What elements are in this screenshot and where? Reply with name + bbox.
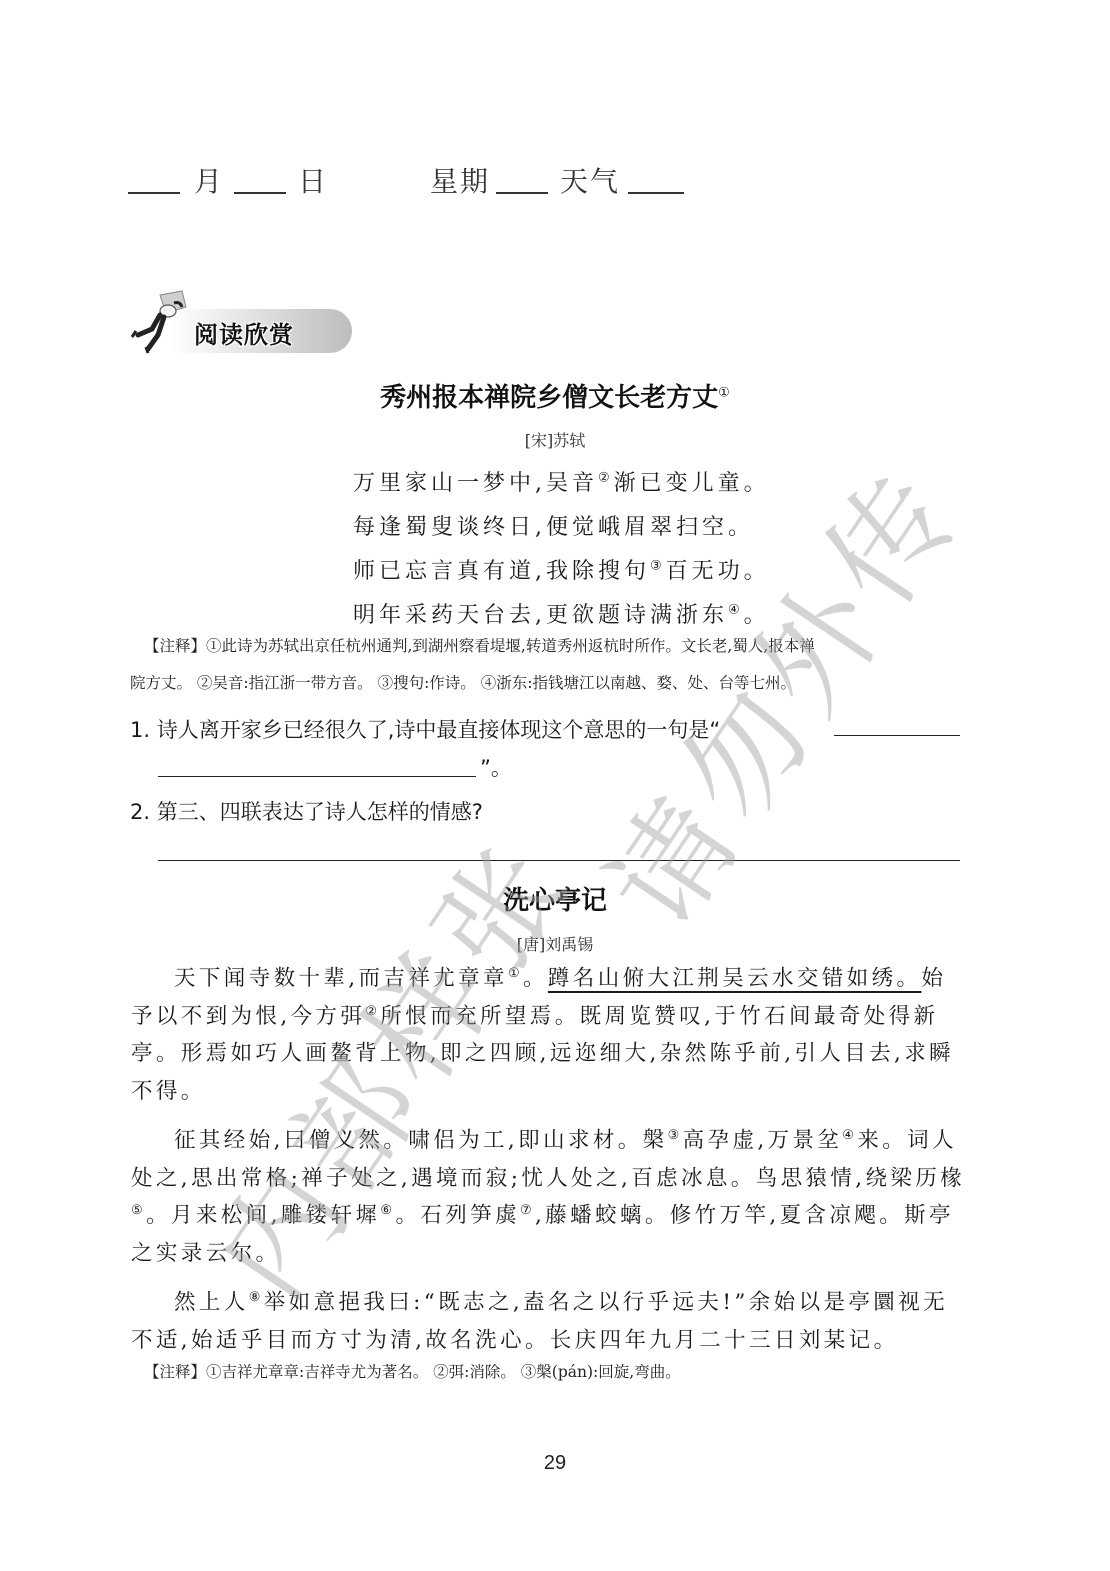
- footnote-marker: ③: [650, 559, 666, 574]
- line-text: 万里家山一梦中,吴音: [353, 471, 598, 496]
- footnote-marker: ⑥: [380, 1203, 395, 1218]
- text: 天下闻寺数十辈,而吉祥尤章章: [174, 966, 508, 991]
- essay-title: 洗心亭记: [0, 880, 1110, 917]
- question-1-close: ”。: [480, 752, 512, 782]
- footnote-marker: ⑦: [520, 1203, 535, 1218]
- weather-blank[interactable]: [628, 192, 684, 194]
- answer-blank-1b[interactable]: [158, 776, 476, 777]
- poem-line: 万里家山一梦中,吴音②渐已变儿童。: [353, 462, 770, 506]
- poem-title-text: 秀州报本禅院乡僧文长老方丈: [380, 383, 718, 413]
- poem-title: 秀州报本禅院乡僧文长老方丈①: [0, 377, 1110, 414]
- footnote-marker: ④: [728, 603, 744, 618]
- date-header: 月 日 星期 天气: [128, 160, 688, 200]
- underlined-sentence: 蹲名山俯大江荆吴云水交错如绣。: [548, 966, 922, 991]
- day-label: 日: [298, 160, 328, 200]
- question-2: 2. 第三、四联表达了诗人怎样的情感?: [130, 796, 483, 826]
- banner-label: 阅读欣赏: [194, 315, 294, 350]
- line-text: 师已忘言真有道,我除搜句: [353, 559, 650, 584]
- text: 高孕虚,万景坌: [683, 1128, 843, 1153]
- line-text: 渐已变儿童。: [614, 471, 770, 496]
- essay-author: [唐]刘禹锡: [0, 932, 1110, 955]
- answer-blank-1a[interactable]: [834, 735, 960, 736]
- footnote-marker: ④: [842, 1128, 857, 1143]
- footnote-marker: ⑧: [249, 1290, 264, 1305]
- text: 征其经始,曰僧义然。啸侣为工,即山求材。槃: [174, 1128, 668, 1153]
- text: 然上人: [174, 1290, 249, 1315]
- month-label: 月: [194, 160, 224, 200]
- line-text: 明年采药天台去,更欲题诗满浙东: [353, 603, 728, 628]
- footnote-marker: ①: [718, 385, 730, 400]
- page-number: 29: [0, 1452, 1110, 1475]
- footnote-marker: ⑤: [131, 1203, 146, 1218]
- text: 。石列笋虡: [395, 1203, 520, 1228]
- poem-line: 每逢蜀叟谈终日,便觉峨眉翠扫空。: [353, 506, 770, 550]
- line-text: 每逢蜀叟谈终日,便觉峨眉翠扫空。: [353, 515, 754, 540]
- footnote-marker: ②: [365, 1003, 380, 1018]
- weekday-blank[interactable]: [496, 192, 548, 194]
- essay-body: 天下闻寺数十辈,而吉祥尤章章①。蹲名山俯大江荆吴云水交错如绣。始予以不到为恨,今…: [131, 960, 971, 1371]
- text: 。月来松间,雕镂轩墀: [146, 1203, 380, 1228]
- essay-notes: 【注释】①吉祥尤章章:吉祥寺尤为著名。 ②弭:消除。 ③槃(pán):回旋,弯曲…: [144, 1354, 681, 1391]
- question-1: 1. 诗人离开家乡已经很久了,诗中最直接体现这个意思的一句是“: [130, 714, 720, 744]
- month-blank[interactable]: [128, 192, 180, 194]
- poem-author: [宋]苏轼: [0, 428, 1110, 451]
- poem-body: 万里家山一梦中,吴音②渐已变儿童。 每逢蜀叟谈终日,便觉峨眉翠扫空。 师已忘言真…: [353, 462, 770, 638]
- reading-figure-icon: [130, 289, 200, 359]
- text: 。: [523, 966, 548, 991]
- footnote-marker: ③: [668, 1128, 683, 1143]
- line-text: 百无功。: [666, 559, 770, 584]
- poem-line: 师已忘言真有道,我除搜句③百无功。: [353, 550, 770, 594]
- footnote-marker: ②: [598, 471, 614, 486]
- essay-paragraph: 天下闻寺数十辈,而吉祥尤章章①。蹲名山俯大江荆吴云水交错如绣。始予以不到为恨,今…: [131, 960, 971, 1110]
- poem-notes-line-2: 院方丈。 ②吴音:指江浙一带方音。 ③搜句:作诗。 ④浙东:指钱塘江以南越、婺、…: [130, 665, 796, 702]
- footnote-marker: ①: [508, 966, 523, 981]
- day-blank[interactable]: [234, 192, 286, 194]
- line-text: 。: [744, 603, 770, 628]
- essay-paragraph: 征其经始,曰僧义然。啸侣为工,即山求材。槃③高孕虚,万景坌④来。词人处之,思出常…: [131, 1122, 971, 1272]
- answer-line-2[interactable]: [158, 860, 960, 861]
- weather-label: 天气: [560, 160, 620, 200]
- poem-notes-line-1: 【注释】①此诗为苏轼出京任杭州通判,到湖州察看堤堰,转道秀州返杭时所作。文长老,…: [144, 628, 815, 665]
- section-banner: 阅读欣赏: [130, 307, 352, 355]
- weekday-label: 星期: [430, 160, 490, 200]
- essay-paragraph: 然上人⑧举如意挹我曰:“既志之,盍名之以行乎远夫!”余始以是亭圜视无不适,始适乎…: [131, 1284, 971, 1359]
